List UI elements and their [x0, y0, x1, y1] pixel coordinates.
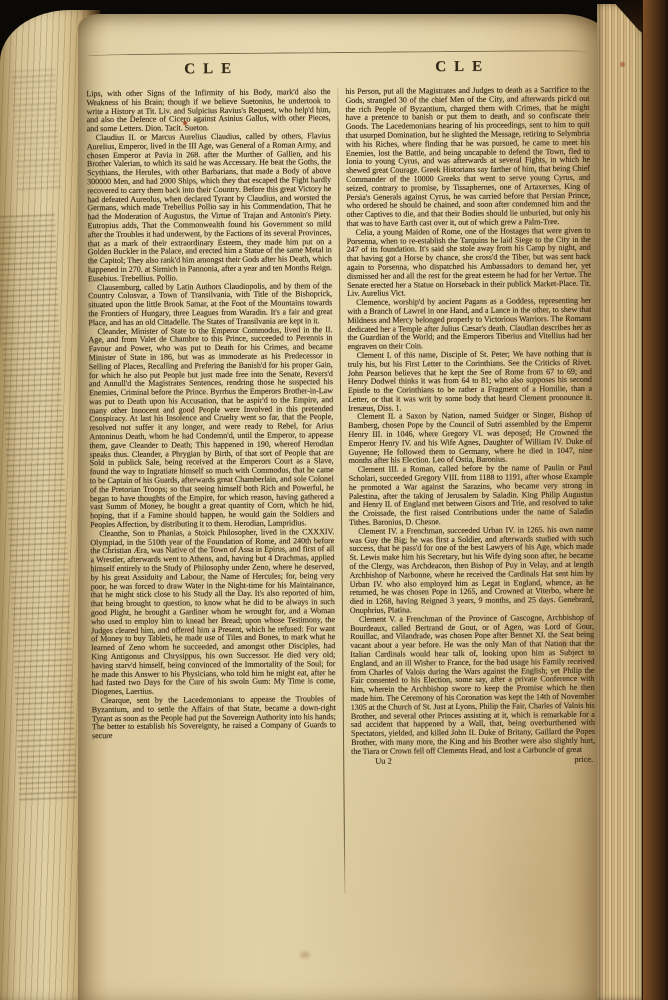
entry-paragraph-clausemburg: Clausemburg, called by Latin Authors Cla…	[88, 282, 332, 328]
book-photo: CLE CLE Lips, with other Signs of the In…	[0, 0, 668, 1000]
running-head-right: CLE	[337, 58, 588, 82]
faint-verso-text	[11, 69, 61, 191]
entry-paragraph-clement-iv: Clement IV. a Frenchman, succeeded Urban…	[349, 526, 594, 616]
running-heads: CLE CLE	[86, 58, 588, 84]
foxing-speck	[300, 952, 310, 958]
leather-cover	[642, 0, 668, 1000]
entry-paragraph-cleander: Cleander, Minister of State to the Emper…	[88, 326, 334, 530]
running-head-left: CLE	[86, 60, 337, 84]
entry-paragraph-clement-i: Clement I. of this name, Disciple of St.…	[348, 350, 593, 414]
header-rule	[86, 50, 588, 57]
text-column-left: Lips, with other Signs of the Infirmity …	[86, 88, 344, 896]
text-columns: Lips, with other Signs of the Infirmity …	[86, 86, 596, 896]
entry-paragraph-clemence: Clemence, worship'd by ancient Pagans as…	[347, 297, 591, 352]
entry-paragraph-clement-v: Clement V. a Frenchman of the Province o…	[350, 614, 595, 757]
foxing-speck	[183, 121, 187, 125]
book-page: CLE CLE Lips, with other Signs of the In…	[78, 14, 606, 1000]
entry-paragraph: his Person, put all the Magistrates and …	[345, 86, 590, 229]
foxing-speck	[620, 62, 625, 67]
entry-paragraph-clement-ii: Clement II. a Saxon by Nation, named Sui…	[348, 411, 592, 466]
entry-paragraph-cleanthe: Cleanthe, Son to Phanias, a Stoick Philo…	[90, 528, 335, 697]
entry-paragraph: Lips, with other Signs of the Infirmity …	[86, 88, 330, 134]
faint-verso-text	[0, 214, 77, 801]
text-column-right: his Person, put all the Magistrates and …	[338, 86, 596, 894]
entry-paragraph-celia: Celia, a young Maiden of Rome, one of th…	[347, 227, 592, 300]
page-surface: CLE CLE Lips, with other Signs of the In…	[74, 12, 611, 1000]
foxing-speck	[560, 640, 568, 648]
gathering-signature: Uu 2	[375, 756, 392, 766]
signature-line: Uu 2 price.	[351, 754, 595, 766]
entry-paragraph-clement-iii: Clement III. a Roman, called before by t…	[349, 464, 594, 528]
foxing-speck	[520, 435, 526, 440]
entry-paragraph-claudius-ii: Claudius II. or Marcus Aurelius Claudius…	[87, 132, 332, 284]
entry-paragraph-clearque: Clearque, sent by the Lacedemonians to a…	[92, 695, 336, 741]
paragraph-last-word: price.	[574, 754, 593, 764]
